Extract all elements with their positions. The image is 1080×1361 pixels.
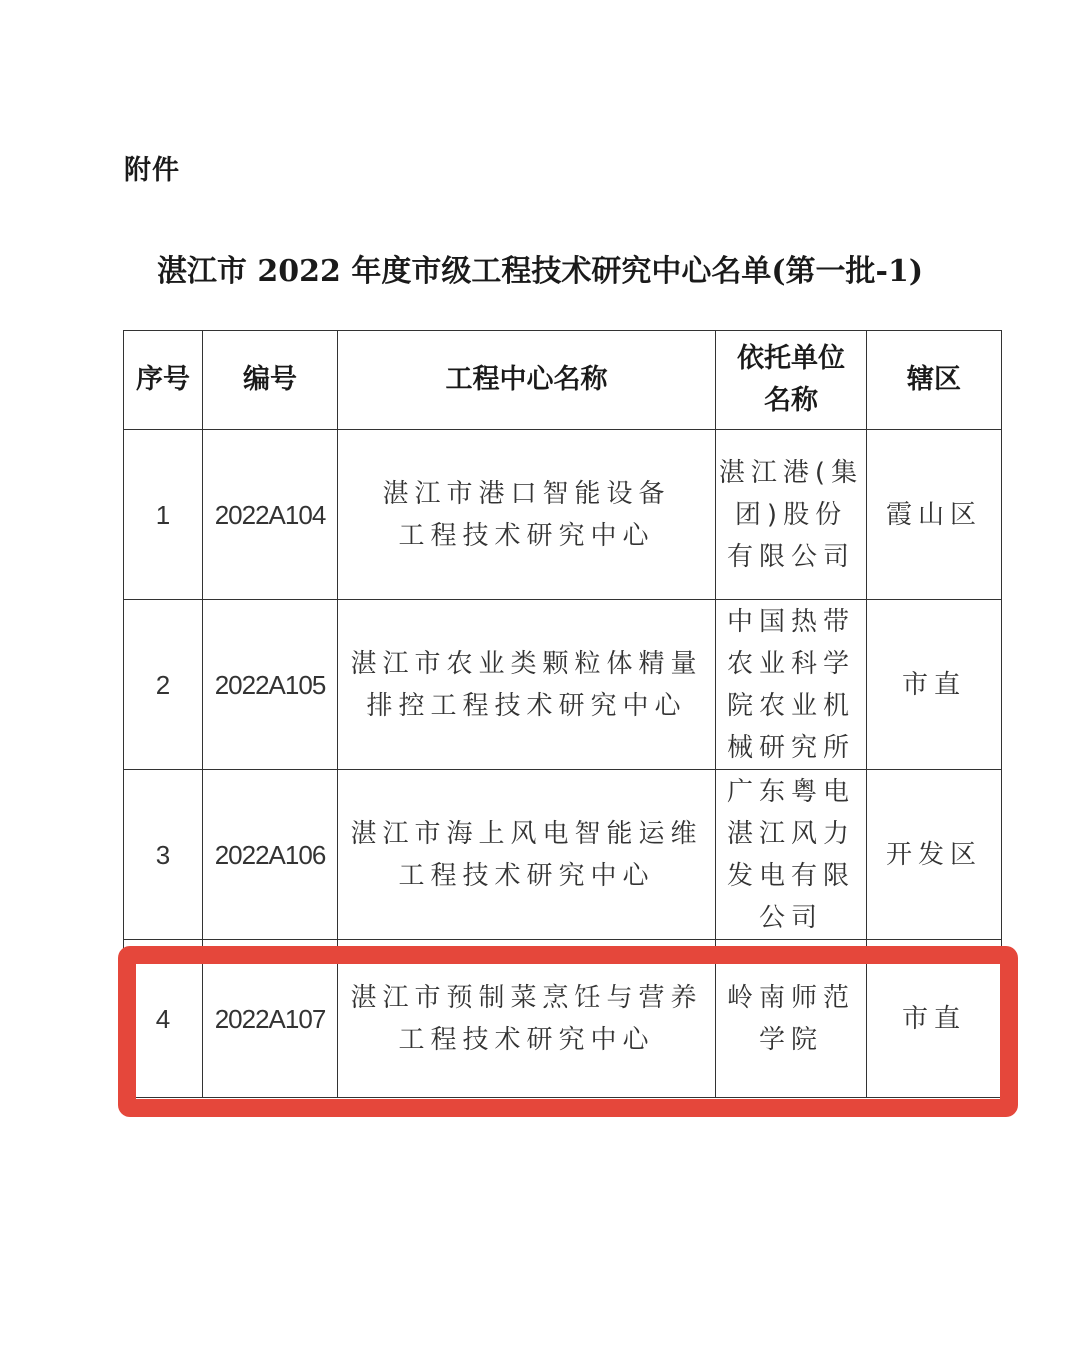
header-code: 编号 xyxy=(203,331,338,430)
row-code: 2022A106 xyxy=(203,770,338,940)
attachment-label: 附件 xyxy=(124,148,180,187)
row-code: 2022A107 xyxy=(203,940,338,1098)
center-list-table: 序号 编号 工程中心名称 依托单位 名称 辖区 1 2022A104 湛江市港口… xyxy=(123,330,1002,1098)
header-host-unit: 依托单位 名称 xyxy=(716,331,867,430)
row-center-name: 湛江市港口智能设备 工程技术研究中心 xyxy=(338,430,716,600)
row-index: 2 xyxy=(124,600,203,770)
row-district: 霞山区 xyxy=(867,430,1002,600)
row-index: 4 xyxy=(124,940,203,1098)
row-center-name: 湛江市海上风电智能运维 工程技术研究中心 xyxy=(338,770,716,940)
row-index: 1 xyxy=(124,430,203,600)
row-host-unit: 湛江港(集 团)股份 有限公司 xyxy=(716,430,867,600)
table-row: 2 2022A105 湛江市农业类颗粒体精量 排控工程技术研究中心 中国热带 农… xyxy=(124,600,1002,770)
table-row-highlighted: 4 2022A107 湛江市预制菜烹饪与营养 工程技术研究中心 岭南师范 学院 … xyxy=(124,940,1002,1098)
row-code: 2022A104 xyxy=(203,430,338,600)
row-host-unit: 中国热带 农业科学 院农业机 械研究所 xyxy=(716,600,867,770)
row-district: 市直 xyxy=(867,940,1002,1098)
row-center-name: 湛江市农业类颗粒体精量 排控工程技术研究中心 xyxy=(338,600,716,770)
document-title: 湛江市 2022 年度市级工程技术研究中心名单(第一批-1) xyxy=(0,246,1080,290)
row-host-unit: 岭南师范 学院 xyxy=(716,940,867,1098)
row-code: 2022A105 xyxy=(203,600,338,770)
row-district: 市直 xyxy=(867,600,1002,770)
row-district: 开发区 xyxy=(867,770,1002,940)
row-host-unit: 广东粤电 湛江风力 发电有限 公司 xyxy=(716,770,867,940)
table-row: 1 2022A104 湛江市港口智能设备 工程技术研究中心 湛江港(集 团)股份… xyxy=(124,430,1002,600)
row-index: 3 xyxy=(124,770,203,940)
row-center-name: 湛江市预制菜烹饪与营养 工程技术研究中心 xyxy=(338,940,716,1098)
header-district: 辖区 xyxy=(867,331,1002,430)
header-center-name: 工程中心名称 xyxy=(338,331,716,430)
table-header-row: 序号 编号 工程中心名称 依托单位 名称 辖区 xyxy=(124,331,1002,430)
header-index: 序号 xyxy=(124,331,203,430)
table-row: 3 2022A106 湛江市海上风电智能运维 工程技术研究中心 广东粤电 湛江风… xyxy=(124,770,1002,940)
